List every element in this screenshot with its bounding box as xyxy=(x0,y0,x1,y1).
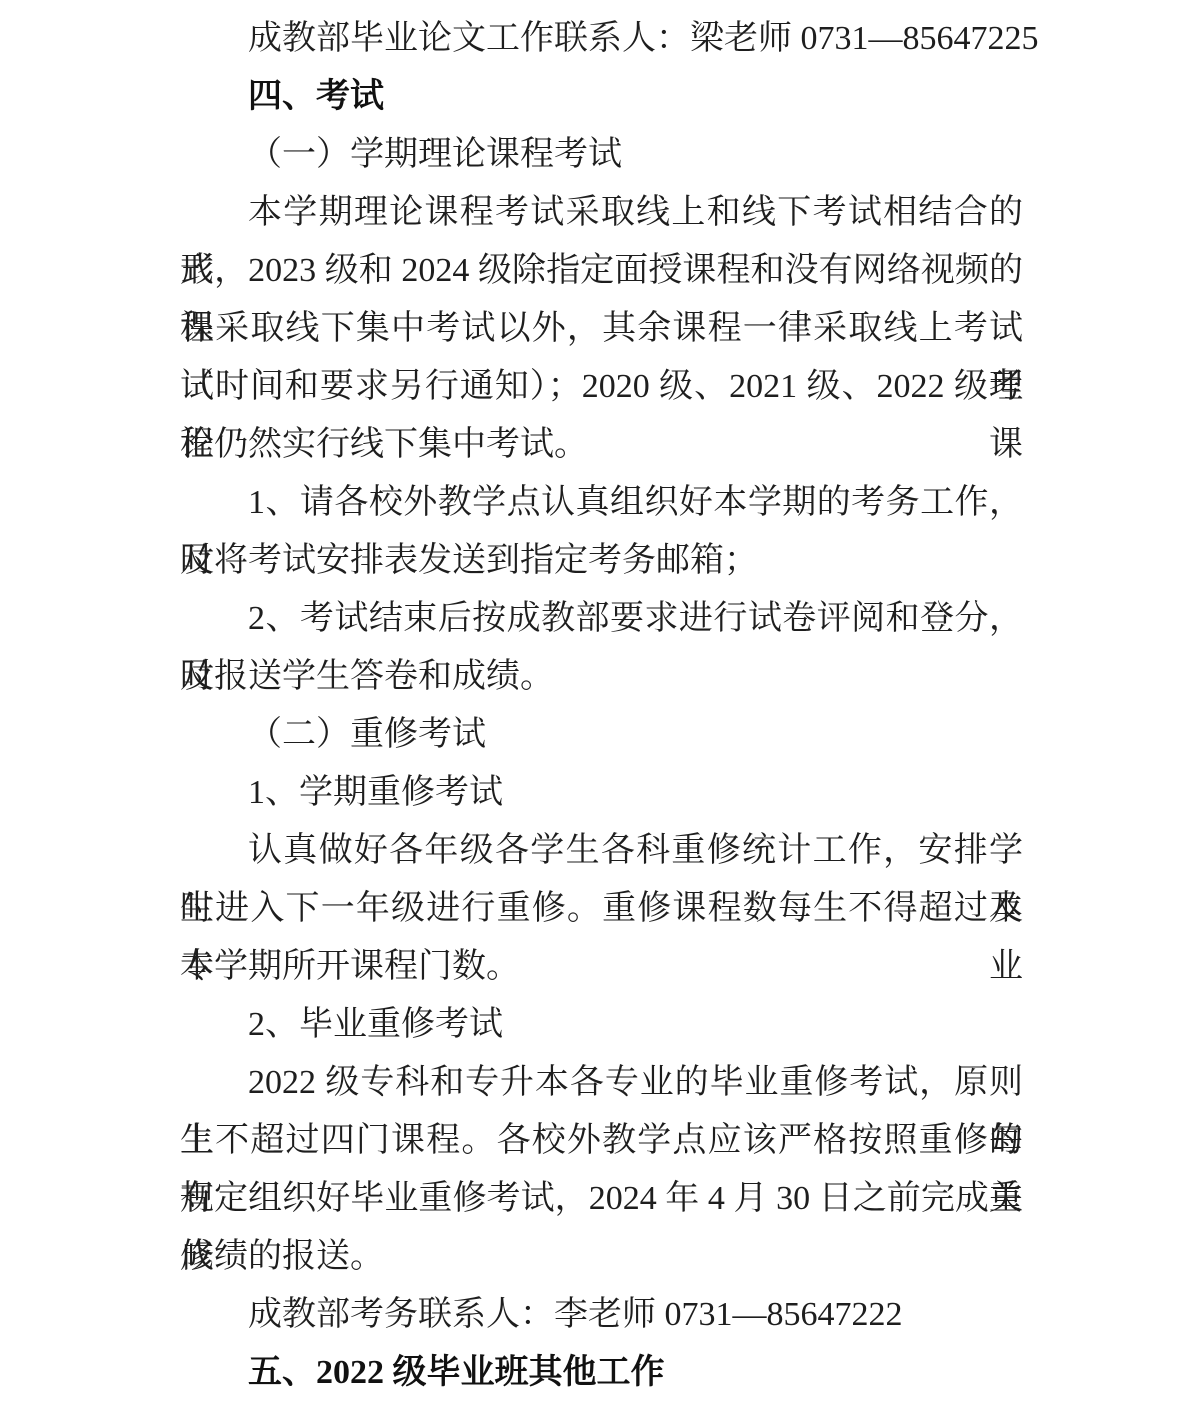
text-line: 本学期理论课程考试采取线上和线下考试相结合的形 xyxy=(180,184,1023,242)
text-line: 成教部毕业论文工作联系人：梁老师 0731—85647225 xyxy=(180,10,1023,68)
section-heading-line: 五、2022 级毕业班其他工作 xyxy=(180,1344,1023,1402)
text-line: 时报送学生答卷和成绩。 xyxy=(180,648,1023,706)
text-line: 成教部考务联系人：李老师 0731—85647222 xyxy=(180,1286,1023,1344)
text-line: 成绩的报送。 xyxy=(180,1228,1023,1286)
text-line: 时将考试安排表发送到指定考务邮箱； xyxy=(180,532,1023,590)
text-line: 2022 级专科和专升本各专业的毕业重修考试，原则上每 xyxy=(180,1054,1023,1112)
document-text-block: 成教部毕业论文工作联系人：梁老师 0731—85647225四、考试（一）学期理… xyxy=(180,10,1023,1402)
text-line: （二）重修考试 xyxy=(180,706,1023,764)
text-line: 式，2023 级和 2024 级除指定面授课程和没有网络视频的课 xyxy=(180,242,1023,300)
text-line: 时进入下一年级进行重修。重修课程数每生不得超过本专业 xyxy=(180,880,1023,938)
text-line: （一）学期理论课程考试 xyxy=(180,126,1023,184)
text-line: 规定组织好毕业重修考试，2024 年 4 月 30 日之前完成重修 xyxy=(180,1170,1023,1228)
text-line: 1、请各校外教学点认真组织好本学期的考务工作，及 xyxy=(180,474,1023,532)
text-line: 认真做好各年级各学生各科重修统计工作，安排学生及 xyxy=(180,822,1023,880)
text-line: 2、考试结束后按成教部要求进行试卷评阅和登分，及 xyxy=(180,590,1023,648)
text-line: 程采取线下集中考试以外，其余课程一律采取线上考试（考 xyxy=(180,300,1023,358)
section-heading-line: 四、考试 xyxy=(180,68,1023,126)
document-page: 成教部毕业论文工作联系人：梁老师 0731—85647225四、考试（一）学期理… xyxy=(0,0,1200,1418)
text-line: 1、学期重修考试 xyxy=(180,764,1023,822)
text-line: 生不超过四门课程。各校外教学点应该严格按照重修的有关 xyxy=(180,1112,1023,1170)
text-line: 2、毕业重修考试 xyxy=(180,996,1023,1054)
text-line: 试时间和要求另行通知）；2020 级、2021 级、2022 级理论课 xyxy=(180,358,1023,416)
